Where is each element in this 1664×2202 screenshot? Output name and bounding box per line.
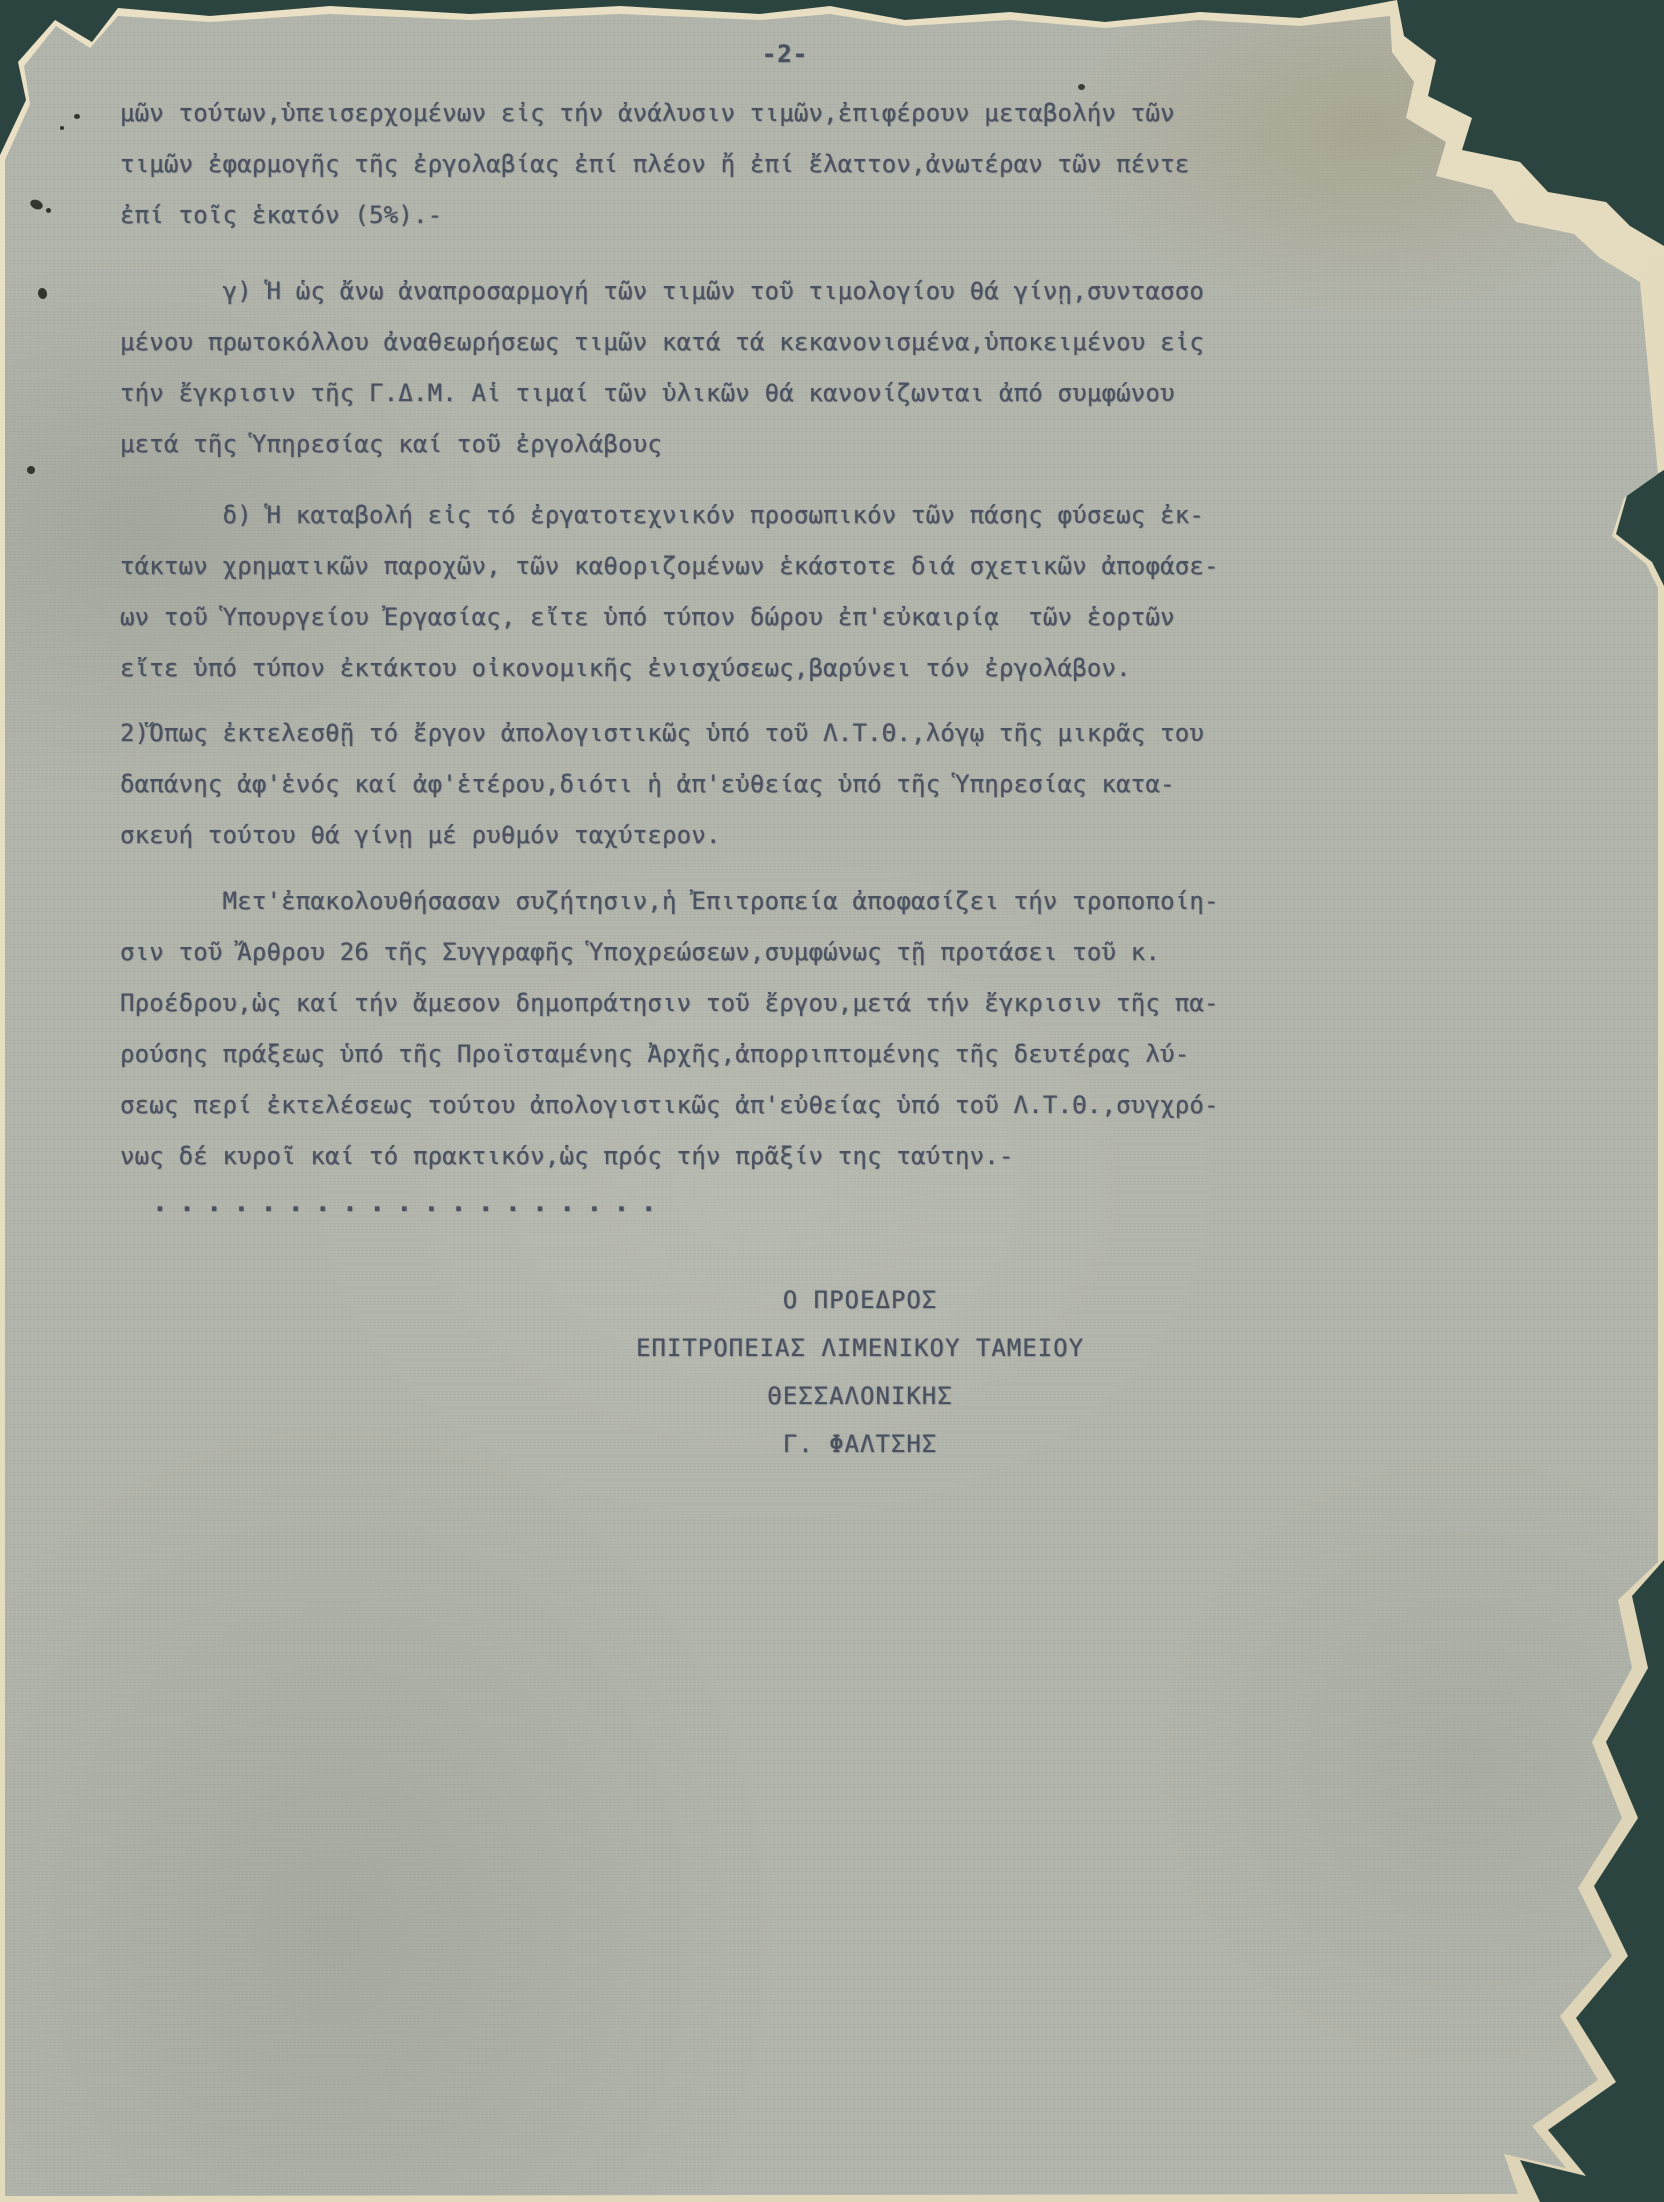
text-line: δαπάνης ἀφ'ἑνός καί ἀφ'ἑτέρου,διότι ἡ ἀπ…: [120, 759, 1300, 810]
paragraph-item-2: 2)Ὅπως ἐκτελεσθῇ τό ἔργον ἀπολογιστικῶς …: [120, 708, 1300, 861]
ink-speck: [74, 114, 80, 119]
text-line: εἴτε ὑπό τύπον ἐκτάκτου οἰκονομικῆς ἐνισ…: [120, 643, 1300, 694]
text-line: ρούσης πράξεως ὑπό τῆς Προϊσταμένης Ἀρχῆ…: [120, 1029, 1300, 1080]
ink-speck: [29, 198, 45, 212]
text-line: τάκτων χρηματικῶν παροχῶν, τῶν καθοριζομ…: [120, 541, 1300, 592]
text-line: σκευή τούτου θά γίνῃ μέ ρυθμόν ταχύτερον…: [120, 810, 1300, 861]
signature-committee: ΕΠΙΤΡΟΠΕΙΑΣ ΛΙΜΕΝΙΚΟΥ ΤΑΜΕΙΟΥ: [560, 1324, 1160, 1372]
ink-speck: [46, 208, 51, 213]
text-line: τήν ἔγκρισιν τῆς Γ.Δ.Μ. Αἱ τιμαί τῶν ὑλι…: [120, 368, 1300, 419]
text-line: Μετ'ἐπακολουθήσασαν συζήτησιν,ἡ Ἐπιτροπε…: [120, 876, 1300, 927]
scanned-document-page: -2- μῶν τούτων,ὑπεισερχομένων εἰς τήν ἀν…: [0, 0, 1664, 2202]
text-line: νως δέ κυροῖ καί τό πρακτικόν,ὡς πρός τή…: [120, 1131, 1300, 1182]
text-line: σεως περί ἐκτελέσεως τούτου ἀπολογιστικῶ…: [120, 1080, 1300, 1131]
signature-block: Ο ΠΡΟΕΔΡΟΣ ΕΠΙΤΡΟΠΕΙΑΣ ΛΙΜΕΝΙΚΟΥ ΤΑΜΕΙΟΥ…: [560, 1276, 1160, 1468]
text-line: μῶν τούτων,ὑπεισερχομένων εἰς τήν ἀνάλυσ…: [120, 88, 1300, 139]
text-line: μετά τῆς Ὑπηρεσίας καί τοῦ ἐργολάβους: [120, 419, 1300, 470]
text-line: μένου πρωτοκόλλου ἀναθεωρήσεως τιμῶν κατ…: [120, 317, 1300, 368]
paragraph-continuation: μῶν τούτων,ὑπεισερχομένων εἰς τήν ἀνάλυσ…: [120, 88, 1300, 241]
text-line: ἐπί τοῖς ἑκατόν (5%).-: [120, 190, 1300, 241]
signature-name: Γ. ΦΑΛΤΣΗΣ: [560, 1420, 1160, 1468]
ink-speck: [60, 126, 64, 130]
page-number: -2-: [730, 40, 840, 68]
text-line: Προέδρου,ὡς καί τήν ἄμεσον δημοπράτησιν …: [120, 978, 1300, 1029]
paper-sheet: -2- μῶν τούτων,ὑπεισερχομένων εἰς τήν ἀν…: [0, 0, 1664, 2202]
text-line: τιμῶν ἐφαρμογῆς τῆς ἐργολαβίας ἐπί πλέον…: [120, 139, 1300, 190]
ink-speck: [37, 287, 48, 300]
text-line: γ) Ἡ ὡς ἄνω ἀναπροσαρμογή τῶν τιμῶν τοῦ …: [120, 266, 1300, 317]
dotted-separator: ...................: [152, 1188, 668, 1218]
paragraph-decision: Μετ'ἐπακολουθήσασαν συζήτησιν,ἡ Ἐπιτροπε…: [120, 876, 1300, 1182]
text-line: δ) Ἡ καταβολή εἰς τό ἐργατοτεχνικόν προσ…: [120, 490, 1300, 541]
paragraph-item-delta: δ) Ἡ καταβολή εἰς τό ἐργατοτεχνικόν προσ…: [120, 490, 1300, 694]
ink-speck: [27, 466, 35, 474]
paragraph-item-gamma: γ) Ἡ ὡς ἄνω ἀναπροσαρμογή τῶν τιμῶν τοῦ …: [120, 266, 1300, 470]
signature-city: ΘΕΣΣΑΛΟΝΙΚΗΣ: [560, 1372, 1160, 1420]
text-line: ων τοῦ Ὑπουργείου Ἐργασίας, εἴτε ὑπό τύπ…: [120, 592, 1300, 643]
signature-title: Ο ΠΡΟΕΔΡΟΣ: [560, 1276, 1160, 1324]
text-line: 2)Ὅπως ἐκτελεσθῇ τό ἔργον ἀπολογιστικῶς …: [120, 708, 1300, 759]
text-line: σιν τοῦ Ἄρθρου 26 τῆς Συγγραφῆς Ὑποχρεώσ…: [120, 927, 1300, 978]
